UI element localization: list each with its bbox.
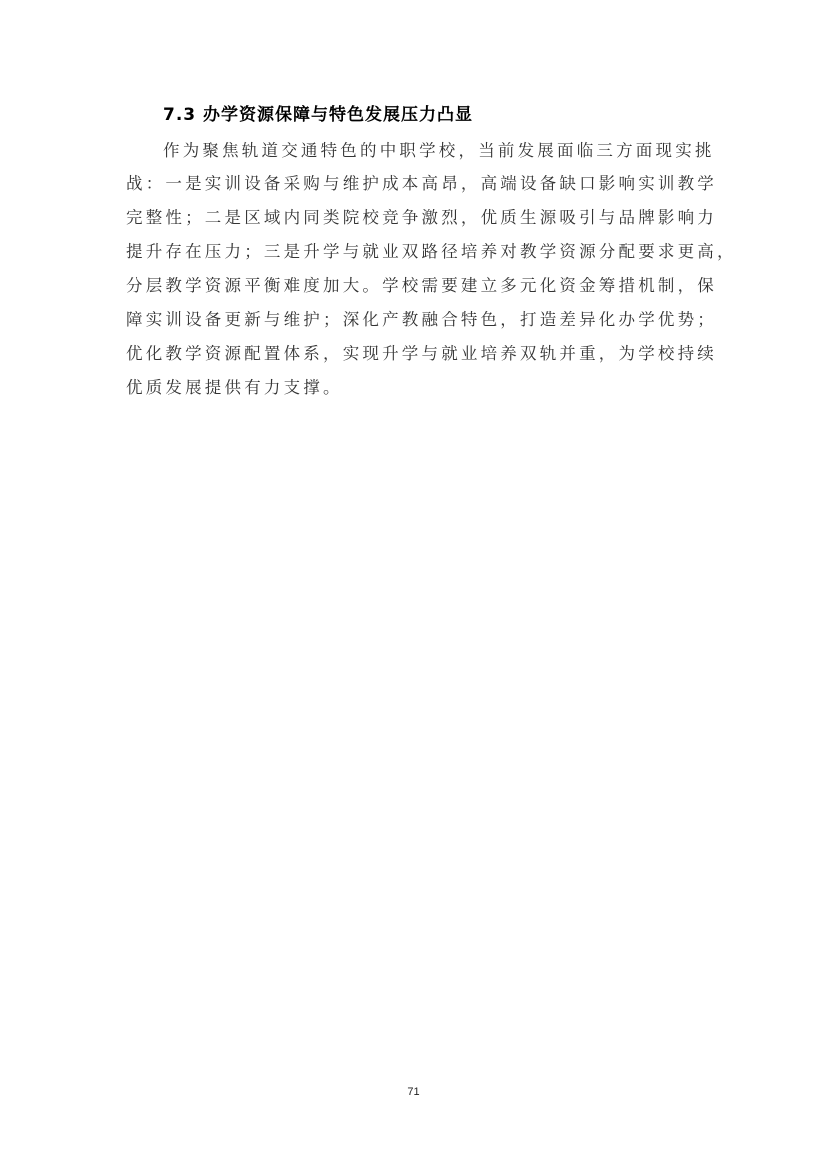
paragraph-line: 优化教学资源配置体系，实现升学与就业培养双轨并重，为学校持续 — [126, 340, 717, 364]
paragraph-line: 完整性；二是区域内同类院校竞争激烈，优质生源吸引与品牌影响力 — [126, 204, 717, 228]
paragraph-line: 分层教学资源平衡难度加大。学校需要建立多元化资金筹措机制，保 — [126, 272, 717, 296]
paragraph-line: 障实训设备更新与维护；深化产教融合特色，打造差异化办学优势； — [126, 306, 717, 330]
paragraph-line: 作为聚焦轨道交通特色的中职学校，当前发展面临三方面现实挑 — [163, 137, 715, 161]
paragraph-line: 提升存在压力；三是升学与就业双路径培养对教学资源分配要求更高， — [126, 238, 737, 262]
page-number: 71 — [0, 1086, 827, 1098]
document-page: 7.3 办学资源保障与特色发展压力凸显 作为聚焦轨道交通特色的中职学校，当前发展… — [0, 0, 827, 1169]
paragraph-line: 战：一是实训设备采购与维护成本高昂，高端设备缺口影响实训教学 — [126, 170, 717, 194]
section-heading: 7.3 办学资源保障与特色发展压力凸显 — [163, 100, 473, 125]
paragraph-line: 优质发展提供有力支撑。 — [126, 374, 343, 398]
